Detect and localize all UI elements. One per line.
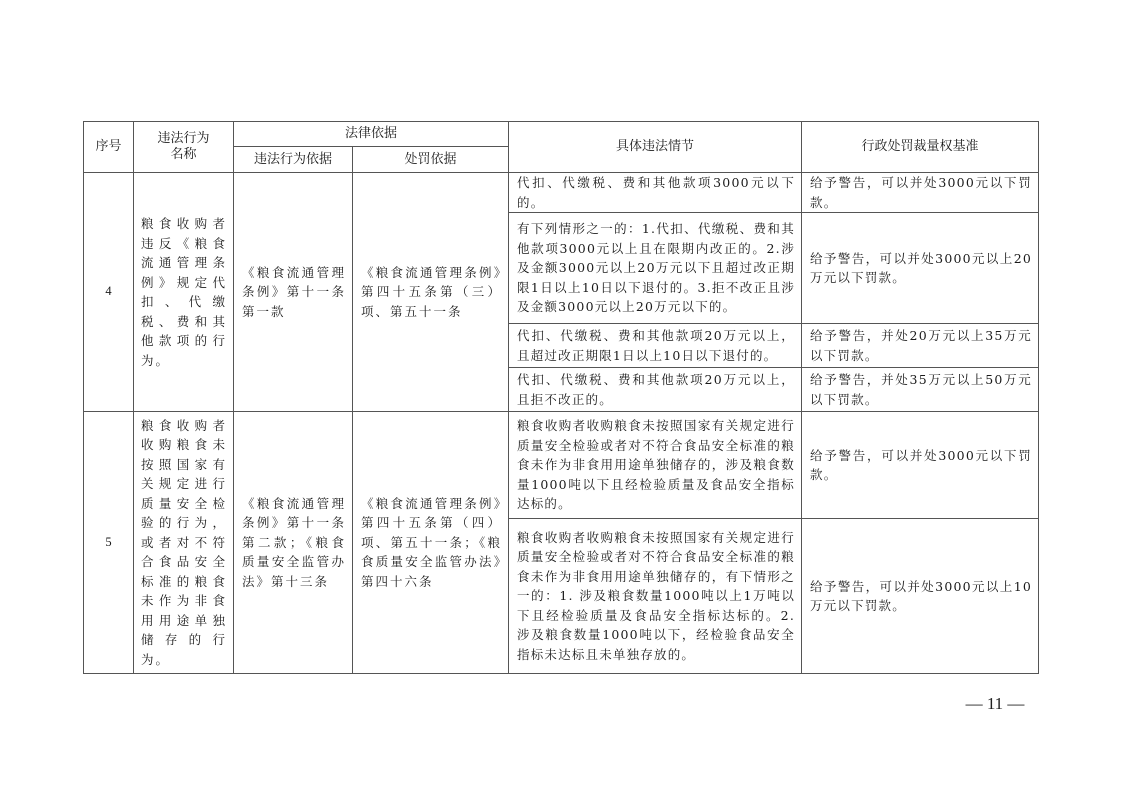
table-row: 4 粮食收购者违反《粮食流通管理条例》规定代扣、代缴税、费和其他款项的行为。 《…: [84, 173, 1039, 213]
page-number: — 11 —: [960, 694, 1030, 714]
row-penalty-basis: 《粮食流通管理条例》第四十五条第（三）项、第五十一条: [353, 173, 509, 412]
penalty-standard-table: 序号 违法行为 名称 法律依据 具体违法情节 行政处罚裁量权基准 违法行为依据 …: [83, 121, 1039, 674]
row-standard: 给予警告，并处35万元以上50万元以下罚款。: [802, 368, 1039, 412]
row-violation-basis: 《粮食流通管理条例》第十一条第二款；《粮食质量安全监管办法》第十三条: [234, 412, 353, 674]
header-name-line1: 违法行为: [138, 131, 229, 147]
row-seq: 4: [84, 173, 134, 412]
row-standard: 给予警告，可以并处3000元以上20万元以下罚款。: [802, 213, 1039, 324]
row-standard: 给予警告，可以并处3000元以上10万元以下罚款。: [802, 519, 1039, 674]
row-detail: 代扣、代缴税、费和其他款项3000元以下的。: [509, 173, 802, 213]
row-detail: 代扣、代缴税、费和其他款项20万元以上，且超过改正期限1日以上10日以下退付的。: [509, 324, 802, 368]
document-page: 序号 违法行为 名称 法律依据 具体违法情节 行政处罚裁量权基准 违法行为依据 …: [0, 0, 1122, 793]
row-detail: 有下列情形之一的：1.代扣、代缴税、费和其他款项3000元以上且在限期内改正的。…: [509, 213, 802, 324]
row-violation-name: 粮食收购者违反《粮食流通管理条例》规定代扣、代缴税、费和其他款项的行为。: [134, 173, 234, 412]
header-details: 具体违法情节: [509, 122, 802, 173]
header-row-1: 序号 违法行为 名称 法律依据 具体违法情节 行政处罚裁量权基准: [84, 122, 1039, 147]
row-standard: 给予警告，可以并处3000元以下罚款。: [802, 412, 1039, 519]
header-standard: 行政处罚裁量权基准: [802, 122, 1039, 173]
row-standard: 给予警告，并处20万元以上35万元以下罚款。: [802, 324, 1039, 368]
row-seq: 5: [84, 412, 134, 674]
header-penalty-basis: 处罚依据: [353, 147, 509, 173]
table-row: 5 粮食收购者收购粮食未按照国家有关规定进行质量安全检验的行为，或者对不符合食品…: [84, 412, 1039, 519]
row-violation-name: 粮食收购者收购粮食未按照国家有关规定进行质量安全检验的行为，或者对不符合食品安全…: [134, 412, 234, 674]
row-detail: 粮食收购者收购粮食未按照国家有关规定进行质量安全检验或者对不符合食品安全标准的粮…: [509, 412, 802, 519]
header-name-line2: 名称: [138, 147, 229, 163]
header-violation-name: 违法行为 名称: [134, 122, 234, 173]
row-detail: 代扣、代缴税、费和其他款项20万元以上，且拒不改正的。: [509, 368, 802, 412]
header-seq: 序号: [84, 122, 134, 173]
row-detail: 粮食收购者收购粮食未按照国家有关规定进行质量安全检验或者对不符合食品安全标准的粮…: [509, 519, 802, 674]
header-violation-basis: 违法行为依据: [234, 147, 353, 173]
row-violation-basis: 《粮食流通管理条例》第十一条第一款: [234, 173, 353, 412]
header-legal-basis: 法律依据: [234, 122, 509, 147]
row-standard: 给予警告，可以并处3000元以下罚款。: [802, 173, 1039, 213]
row-penalty-basis: 《粮食流通管理条例》第四十五条第（四）项、第五十一条；《粮食质量安全监管办法》第…: [353, 412, 509, 674]
